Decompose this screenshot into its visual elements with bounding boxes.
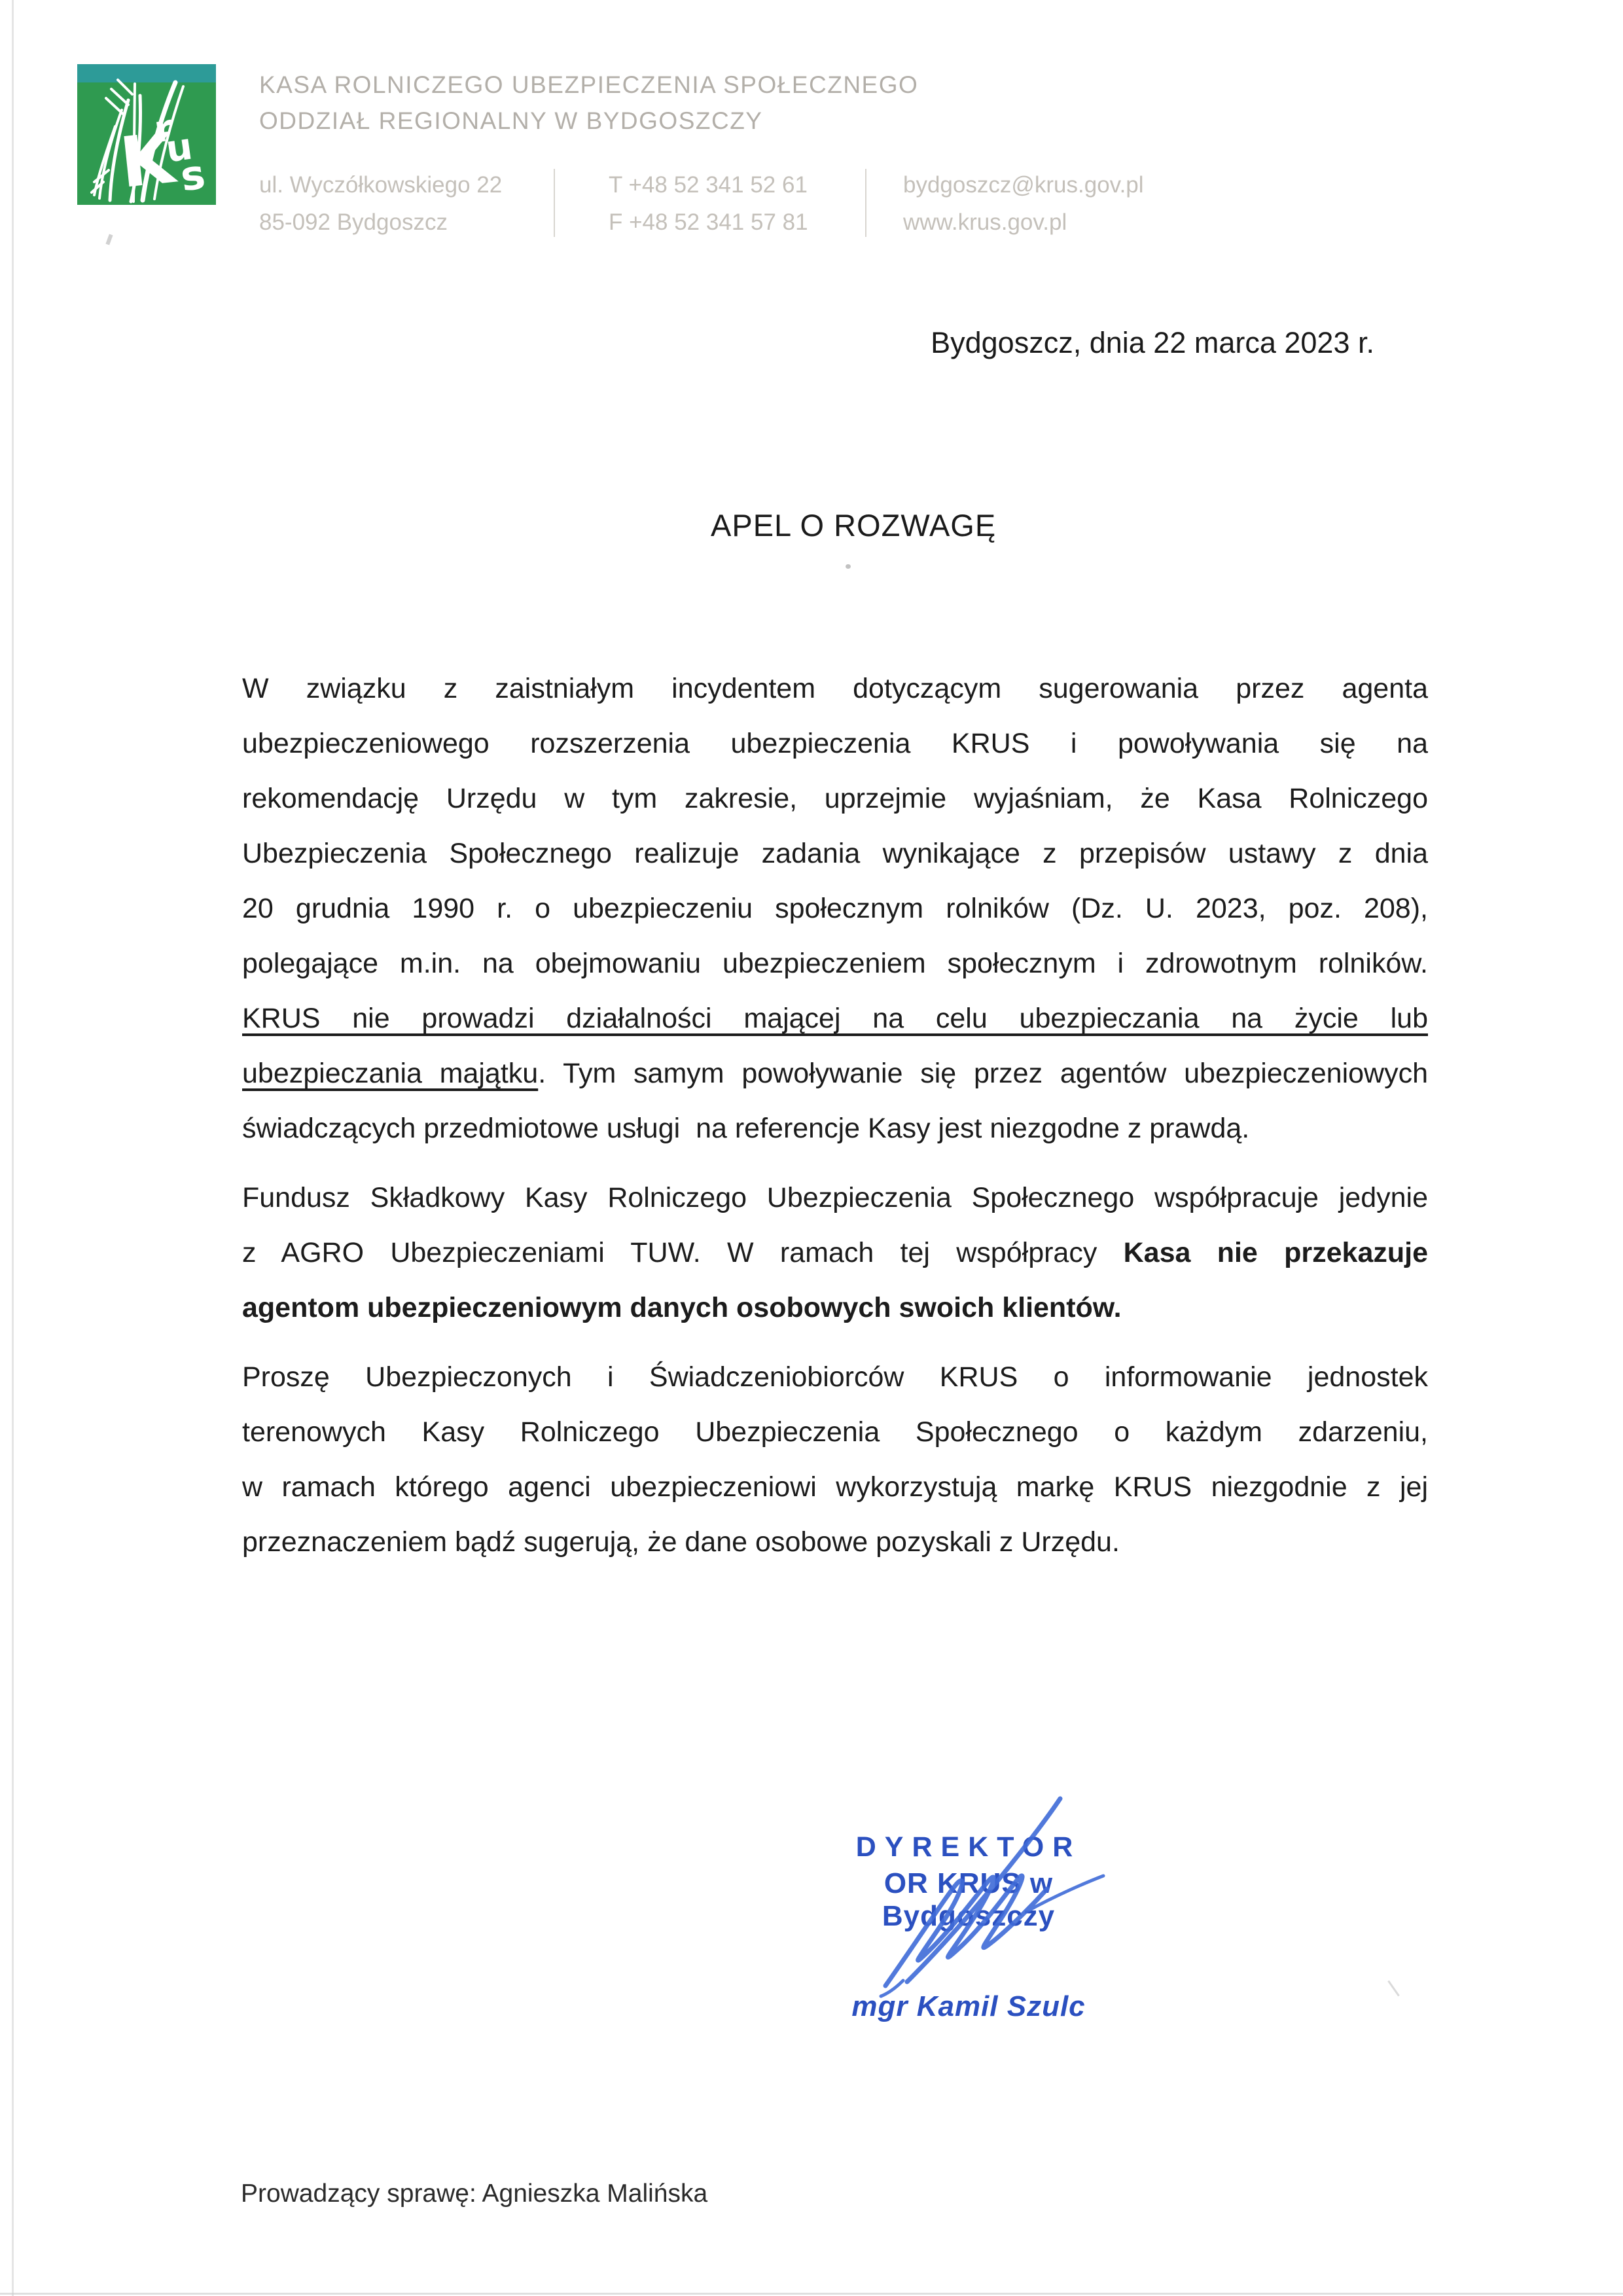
scan-artifact-dot bbox=[846, 564, 851, 569]
text-segment: agentom ubezpieczeniowym danych osobowyc… bbox=[242, 1292, 1122, 1323]
text-segment: Fundusz Składkowy Kasy Rolniczego Ubezpi… bbox=[242, 1182, 1428, 1213]
text-segment: 20 grudnia 1990 r. o ubezpieczeniu społe… bbox=[242, 893, 1428, 924]
body: W związku z zaistniałym incydentem dotyc… bbox=[242, 661, 1428, 1570]
date-line: Bydgoszcz, dnia 22 marca 2023 r. bbox=[931, 326, 1374, 360]
body-line: W związku z zaistniałym incydentem dotyc… bbox=[242, 661, 1428, 716]
scan-artifact-smudge bbox=[105, 234, 113, 245]
body-line: Ubezpieczenia Społecznego realizuje zada… bbox=[242, 826, 1428, 881]
body-line: polegające m.in. na obejmowaniu ubezpiec… bbox=[242, 936, 1428, 991]
body-line: KRUS nie prowadzi działalności mającej n… bbox=[242, 991, 1428, 1046]
address-city: 85-092 Bydgoszcz bbox=[259, 204, 502, 241]
body-line: agentom ubezpieczeniowym danych osobowyc… bbox=[242, 1280, 1428, 1335]
org-name-line1: KASA ROLNICZEGO UBEZPIECZENIA SPOŁECZNEG… bbox=[259, 67, 918, 103]
text-segment: rekomendację Urzędu w tym zakresie, uprz… bbox=[242, 783, 1428, 814]
body-line: ubezpieczania majątku. Tym samym powoływ… bbox=[242, 1046, 1428, 1101]
body-line: w ramach którego agenci ubezpieczeniowi … bbox=[242, 1460, 1428, 1515]
text-segment: ubezpieczania majątku bbox=[242, 1058, 538, 1089]
document-title: APEL O ROZWAGĘ bbox=[711, 507, 996, 543]
krus-logo: K r u s bbox=[77, 64, 216, 205]
text-segment: Proszę Ubezpieczonych i Świadczeniobiorc… bbox=[242, 1361, 1428, 1393]
body-line: z AGRO Ubezpieczeniami TUW. W ramach tej… bbox=[242, 1225, 1428, 1280]
text-segment: polegające m.in. na obejmowaniu ubezpiec… bbox=[242, 948, 1428, 979]
text-segment: . Tym samym powoływanie się przez agentó… bbox=[538, 1058, 1428, 1089]
body-line: rekomendację Urzędu w tym zakresie, uprz… bbox=[242, 771, 1428, 826]
fax-number: F +48 52 341 57 81 bbox=[609, 204, 808, 241]
letterhead-web-column: bydgoszcz@krus.gov.pl www.krus.gov.pl bbox=[903, 166, 1144, 241]
text-segment: Ubezpieczenia Społecznego realizuje zada… bbox=[242, 838, 1428, 869]
text-segment: przeznaczeniem bądź sugerują, że dane os… bbox=[242, 1526, 1120, 1558]
letterhead-phone-column: T +48 52 341 52 61 F +48 52 341 57 81 bbox=[609, 166, 808, 241]
body-line: terenowych Kasy Rolniczego Ubezpieczenia… bbox=[242, 1405, 1428, 1460]
body-line: świadczących przedmiotowe usługi na refe… bbox=[242, 1101, 1428, 1156]
paragraph: W związku z zaistniałym incydentem dotyc… bbox=[242, 661, 1428, 1156]
paragraph: Proszę Ubezpieczonych i Świadczeniobiorc… bbox=[242, 1350, 1428, 1570]
scan-artifact-bottom-edge bbox=[0, 2293, 1623, 2295]
address-street: ul. Wyczółkowskiego 22 bbox=[259, 166, 502, 204]
logo-teal-band bbox=[77, 64, 216, 82]
contact-divider bbox=[865, 169, 866, 237]
letterhead-org-block: KASA ROLNICZEGO UBEZPIECZENIA SPOŁECZNEG… bbox=[259, 67, 918, 139]
text-segment: świadczących przedmiotowe usługi na refe… bbox=[242, 1113, 1249, 1144]
handwritten-signature bbox=[830, 1784, 1118, 2000]
letterhead-address-column: ul. Wyczółkowskiego 22 85-092 Bydgoszcz bbox=[259, 166, 502, 241]
body-line: Fundusz Składkowy Kasy Rolniczego Ubezpi… bbox=[242, 1170, 1428, 1225]
body-line: 20 grudnia 1990 r. o ubezpieczeniu społe… bbox=[242, 881, 1428, 936]
phone-number: T +48 52 341 52 61 bbox=[609, 166, 808, 204]
text-segment: Kasa nie przekazuje bbox=[1124, 1237, 1428, 1268]
text-segment: z AGRO Ubezpieczeniami TUW. W ramach tej… bbox=[242, 1237, 1124, 1268]
text-segment: ubezpieczeniowego rozszerzenia ubezpiecz… bbox=[242, 728, 1428, 759]
body-line: Proszę Ubezpieczonych i Świadczeniobiorc… bbox=[242, 1350, 1428, 1405]
case-officer-line: Prowadzący sprawę: Agnieszka Malińska bbox=[241, 2179, 707, 2208]
text-segment: w ramach którego agenci ubezpieczeniowi … bbox=[242, 1471, 1428, 1503]
website-address: www.krus.gov.pl bbox=[903, 204, 1144, 241]
org-name-line2: ODDZIAŁ REGIONALNY W BYDGOSZCZY bbox=[259, 103, 918, 139]
text-segment: terenowych Kasy Rolniczego Ubezpieczenia… bbox=[242, 1416, 1428, 1448]
scan-artifact-mark bbox=[1387, 1981, 1400, 1997]
body-line: przeznaczeniem bądź sugerują, że dane os… bbox=[242, 1515, 1428, 1570]
scan-artifact-left-edge bbox=[12, 0, 14, 2296]
text-segment: KRUS nie prowadzi działalności mającej n… bbox=[242, 1003, 1428, 1034]
paragraph: Fundusz Składkowy Kasy Rolniczego Ubezpi… bbox=[242, 1170, 1428, 1335]
email-address: bydgoszcz@krus.gov.pl bbox=[903, 166, 1144, 204]
scanned-letter-page: K r u s KASA ROLNICZEGO UBEZPIECZENIA SP… bbox=[0, 0, 1623, 2296]
text-segment: W związku z zaistniałym incydentem dotyc… bbox=[242, 673, 1428, 704]
body-line: ubezpieczeniowego rozszerzenia ubezpiecz… bbox=[242, 716, 1428, 771]
contact-divider bbox=[554, 169, 555, 237]
